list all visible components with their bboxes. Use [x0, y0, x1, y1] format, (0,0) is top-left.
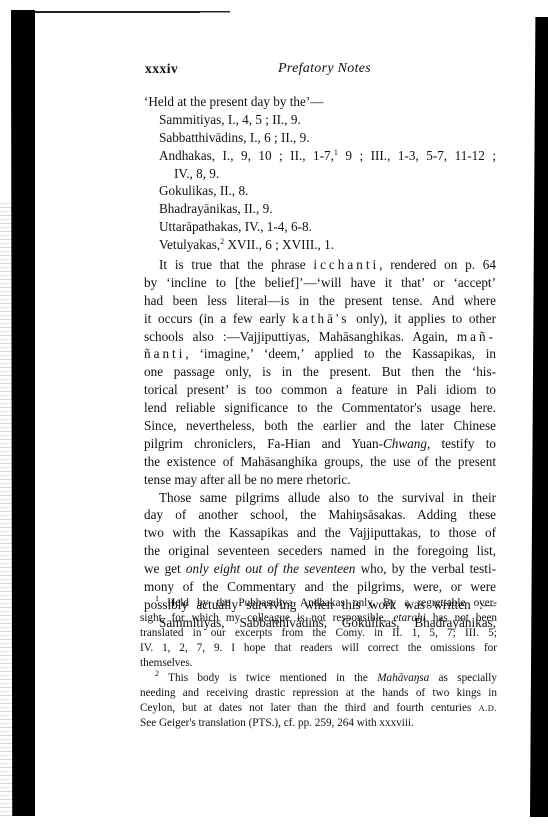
page-number: xxxiv — [145, 61, 178, 77]
right-page-edge-shadow — [530, 17, 548, 817]
text-line: pilgrim chroniclers, Fa-Hian and Yuan-Ch… — [144, 435, 496, 453]
list-item: Sabbatthivādins, I., 6 ; II., 9. — [144, 129, 496, 147]
text-line: by ‘incline to [the belief]’—‘will have … — [144, 274, 496, 292]
footnotes: 1 Held by the Pubbaseliya Andhakas only.… — [140, 596, 497, 731]
text-line: schools also :—Vajjiputtiyas, Mahāsanghi… — [144, 328, 496, 346]
paragraph-1: It is true that the phrase icchanti, ren… — [144, 256, 496, 489]
text-line: one passage only, is in the present. But… — [144, 363, 496, 381]
footnote-1: 1 Held by the Pubbaseliya Andhakas only.… — [140, 596, 497, 671]
list-item: Bhadrayānikas, II., 9. — [144, 200, 496, 218]
text-line: ñanti, ‘imagine,’ ‘deem,’ applied to the… — [144, 345, 496, 363]
text-line: the existence of Mahāsanghika groups, th… — [144, 453, 496, 471]
body-text: ‘Held at the present day by the’— Sammit… — [144, 93, 496, 632]
footnote-line: needing and receiving drastic repression… — [140, 686, 497, 701]
left-page-edge-texture — [0, 200, 12, 816]
footnote-2: 2 This body is twice mentioned in the Ma… — [140, 671, 497, 731]
footnote-line: translated in our excerpts from the Comy… — [140, 626, 497, 641]
list-item: Vetulyakas,2 XVII., 6 ; XVIII., 1. — [144, 236, 496, 254]
footnote-marker: 2 — [155, 669, 159, 678]
list-item: Gokulikas, II., 8. — [144, 182, 496, 200]
text-line: Since, nevertheless, both the earlier an… — [144, 417, 496, 435]
footnote-ref: 2 — [220, 237, 224, 246]
footnote-line: Ceylon, but at dates not later than the … — [140, 701, 497, 716]
footnote-line: sight, for which my colleague is not res… — [140, 611, 497, 626]
text-line: it occurs (in a few early kathā's only),… — [144, 310, 496, 328]
list-item: Andhakas, I., 9, 10 ; II., 1-7,1 9 ; III… — [144, 147, 496, 165]
text-line: had been less literal—is in the present … — [144, 292, 496, 310]
list-item-continuation: IV., 8, 9. — [144, 165, 496, 183]
footnote-ref: 1 — [334, 148, 338, 157]
running-header: xxxiv Prefatory Notes — [145, 61, 530, 79]
running-title: Prefatory Notes — [278, 61, 371, 77]
footnote-line: IV. 1, 2, 7, 9. I hope that readers will… — [140, 641, 497, 656]
text-line: Those same pilgrims allude also to the s… — [144, 489, 496, 507]
top-page-edge-faint — [200, 12, 230, 13]
text-line: day of another school, the Mahiŋsāsakas.… — [144, 506, 496, 524]
list-item: Sammitiyas, I., 4, 5 ; II., 9. — [144, 111, 496, 129]
scanned-page: xxxiv Prefatory Notes ‘Held at the prese… — [0, 0, 548, 828]
text-line: It is true that the phrase icchanti, ren… — [144, 256, 496, 274]
footnote-marker: 1 — [155, 594, 159, 603]
text-line: we get only eight out of the seventeen w… — [144, 560, 496, 578]
footnote-line: 1 Held by the Pubbaseliya Andhakas only.… — [140, 596, 497, 611]
list-intro: ‘Held at the present day by the’— — [144, 93, 496, 111]
text-line: torical present’ is too common a feature… — [144, 381, 496, 399]
footnote-line: 2 This body is twice mentioned in the Ma… — [140, 671, 497, 686]
schools-list: Sammitiyas, I., 4, 5 ; II., 9. Sabbatthi… — [144, 111, 496, 254]
text-line: mony of the Commentary and the pilgrims,… — [144, 578, 496, 596]
list-item: Uttarāpathakas, IV., 1-4, 6-8. — [144, 218, 496, 236]
footnote-line: themselves. — [140, 656, 497, 671]
text-line: lend reliable significance to the Commen… — [144, 399, 496, 417]
left-binding-shadow — [11, 10, 35, 816]
footnote-line: See Geiger's translation (PTS.), cf. pp.… — [140, 716, 497, 731]
text-line: tense may after all be no mere rhetoric. — [144, 471, 496, 489]
text-line: the original seventeen seceders named in… — [144, 542, 496, 560]
text-line: two with the Kassapikas and the Vajjiput… — [144, 524, 496, 542]
